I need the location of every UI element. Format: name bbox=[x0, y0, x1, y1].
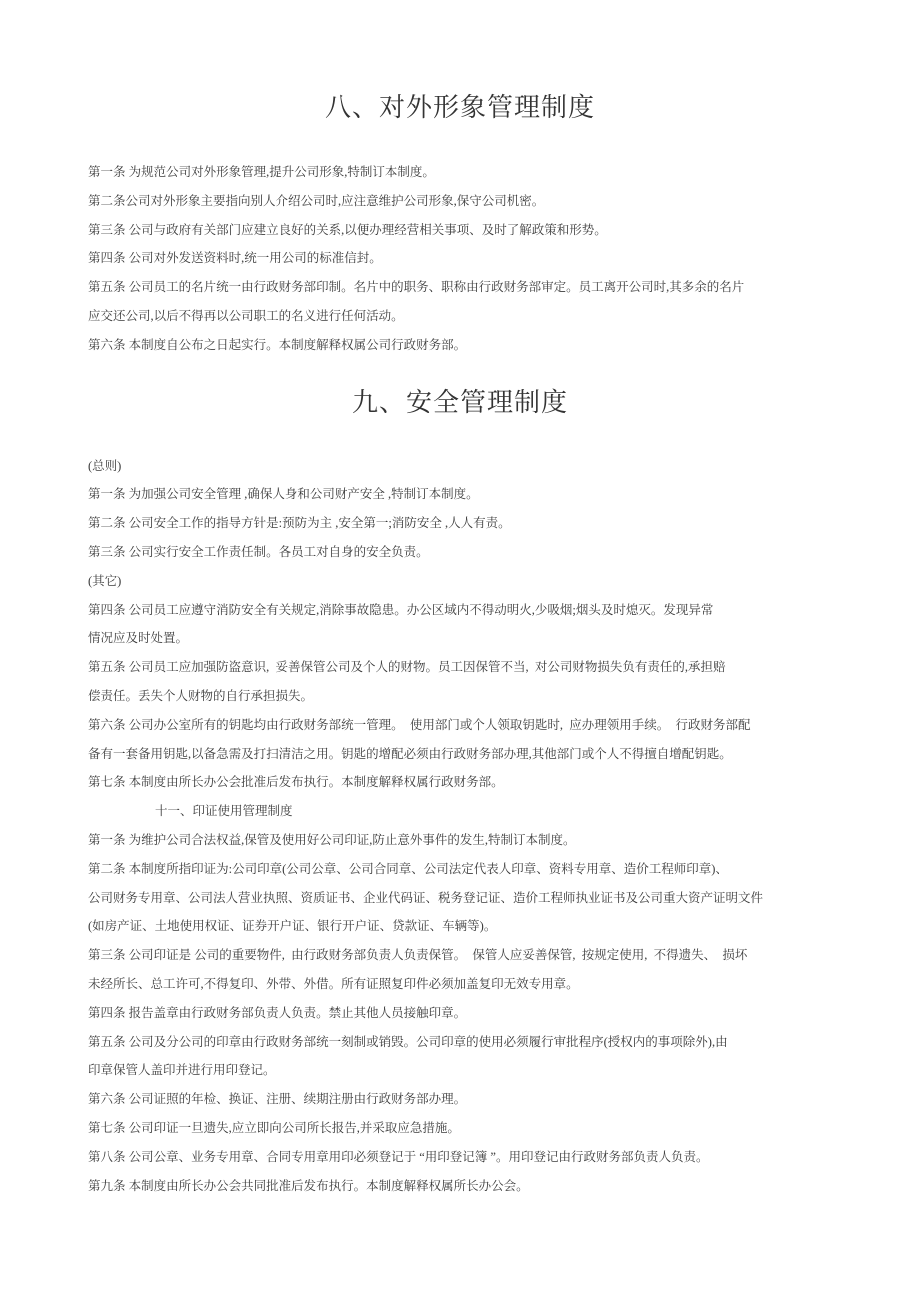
subsection-title-seal-usage: 十一、印证使用管理制度 bbox=[155, 797, 880, 826]
paragraph-line: 第六条 本制度自公布之日起实行。本制度解释权属公司行政财务部。 bbox=[88, 331, 880, 360]
paragraph-line: 第四条 报告盖章由行政财务部负责人负责。禁止其他人员接触印章。 bbox=[88, 999, 880, 1028]
paragraph-line: 第四条 公司员工应遵守消防安全有关规定,消除事故隐患。办公区域内不得动明火,少吸… bbox=[88, 596, 880, 625]
paragraph-line: 印章保管人盖印并进行用印登记。 bbox=[88, 1056, 880, 1085]
paragraph-line: 第二条 本制度所指印证为:公司印章(公司公章、公司合同章、公司法定代表人印章、资… bbox=[88, 855, 880, 884]
paragraph-line: (其它) bbox=[88, 567, 880, 596]
paragraph-line: 第七条 公司印证一旦遗失,应立即向公司所长报告,并采取应急措施。 bbox=[88, 1114, 880, 1143]
paragraph-line: 第七条 本制度由所长办公会批准后发布执行。本制度解释权属行政财务部。 bbox=[88, 768, 880, 797]
paragraph-line: 情况应及时处置。 bbox=[88, 624, 880, 653]
paragraph-line: (总则) bbox=[88, 452, 880, 481]
paragraph-line: 偿责任。丢失个人财物的自行承担损失。 bbox=[88, 682, 880, 711]
paragraph-line: 第三条 公司实行安全工作责任制。各员工对自身的安全负责。 bbox=[88, 538, 880, 567]
paragraph-line: 第三条 公司与政府有关部门应建立良好的关系,以便办理经营相关事项、及时了解政策和… bbox=[88, 216, 880, 245]
paragraph-line: 第八条 公司公章、业务专用章、合同专用章用印必须登记于 “用印登记簿 ”。用印登… bbox=[88, 1143, 880, 1172]
paragraph-line: 第一条 为规范公司对外形象管理,提升公司形象,特制订本制度。 bbox=[88, 158, 880, 187]
paragraph-line: 第四条 公司对外发送资料时,统一用公司的标准信封。 bbox=[88, 244, 880, 273]
section-external-image-policy: 八、对外形象管理制度 第一条 为规范公司对外形象管理,提升公司形象,特制订本制度… bbox=[0, 91, 920, 360]
paragraph-line: 第五条 公司及分公司的印章由行政财务部统一刻制或销毁。公司印章的使用必须履行审批… bbox=[88, 1028, 880, 1057]
section-title: 九、安全管理制度 bbox=[0, 386, 920, 420]
section-title: 八、对外形象管理制度 bbox=[0, 91, 920, 125]
paragraph-line: 第六条 公司办公室所有的钥匙均由行政财务部统一管理。 使用部门或个人领取钥匙时,… bbox=[88, 711, 880, 740]
paragraph-line: 第五条 公司员工的名片统一由行政财务部印制。名片中的职务、职称由行政财务部审定。… bbox=[88, 273, 880, 302]
paragraph-line: 第九条 本制度由所长办公会共同批准后发布执行。本制度解释权属所长办公会。 bbox=[88, 1172, 880, 1201]
paragraph-line: 第一条 为加强公司安全管理 ,确保人身和公司财产安全 ,特制订本制度。 bbox=[88, 480, 880, 509]
paragraph-line: 第三条 公司印证是 公司的重要物件, 由行政财务部负责人负责保管。 保管人应妥善… bbox=[88, 941, 880, 970]
paragraph-line: 第五条 公司员工应加强防盗意识, 妥善保管公司及个人的财物。员工因保管不当, 对… bbox=[88, 653, 880, 682]
paragraph-line: 第二条公司对外形象主要指向别人介绍公司时,应注意维护公司形象,保守公司机密。 bbox=[88, 187, 880, 216]
paragraph-line: 未经所长、总工许可,不得复印、外带、外借。所有证照复印件必须加盖复印无效专用章。 bbox=[88, 970, 880, 999]
paragraph-line: 应交还公司,以后不得再以公司职工的名义进行任何活动。 bbox=[88, 302, 880, 331]
paragraph-line: (如房产证、土地使用权证、证券开户证、银行开户证、贷款证、车辆等)。 bbox=[88, 912, 880, 941]
paragraph-line: 公司财务专用章、公司法人营业执照、资质证书、企业代码证、税务登记证、造价工程师执… bbox=[88, 884, 880, 913]
document-page: 八、对外形象管理制度 第一条 为规范公司对外形象管理,提升公司形象,特制订本制度… bbox=[0, 0, 920, 1303]
paragraph-line: 第一条 为维护公司合法权益,保管及使用好公司印证,防止意外事件的发生,特制订本制… bbox=[88, 826, 880, 855]
paragraph-line: 第六条 公司证照的年检、换证、注册、续期注册由行政财务部办理。 bbox=[88, 1085, 880, 1114]
paragraph-line: 备有一套备用钥匙,以备急需及打扫清洁之用。钥匙的增配必须由行政财务部办理,其他部… bbox=[88, 740, 880, 769]
section-safety-policy: 九、安全管理制度 (总则) 第一条 为加强公司安全管理 ,确保人身和公司财产安全… bbox=[0, 386, 920, 1201]
paragraph-line: 第二条 公司安全工作的指导方针是:预防为主 ,安全第一;消防安全 ,人人有责。 bbox=[88, 509, 880, 538]
